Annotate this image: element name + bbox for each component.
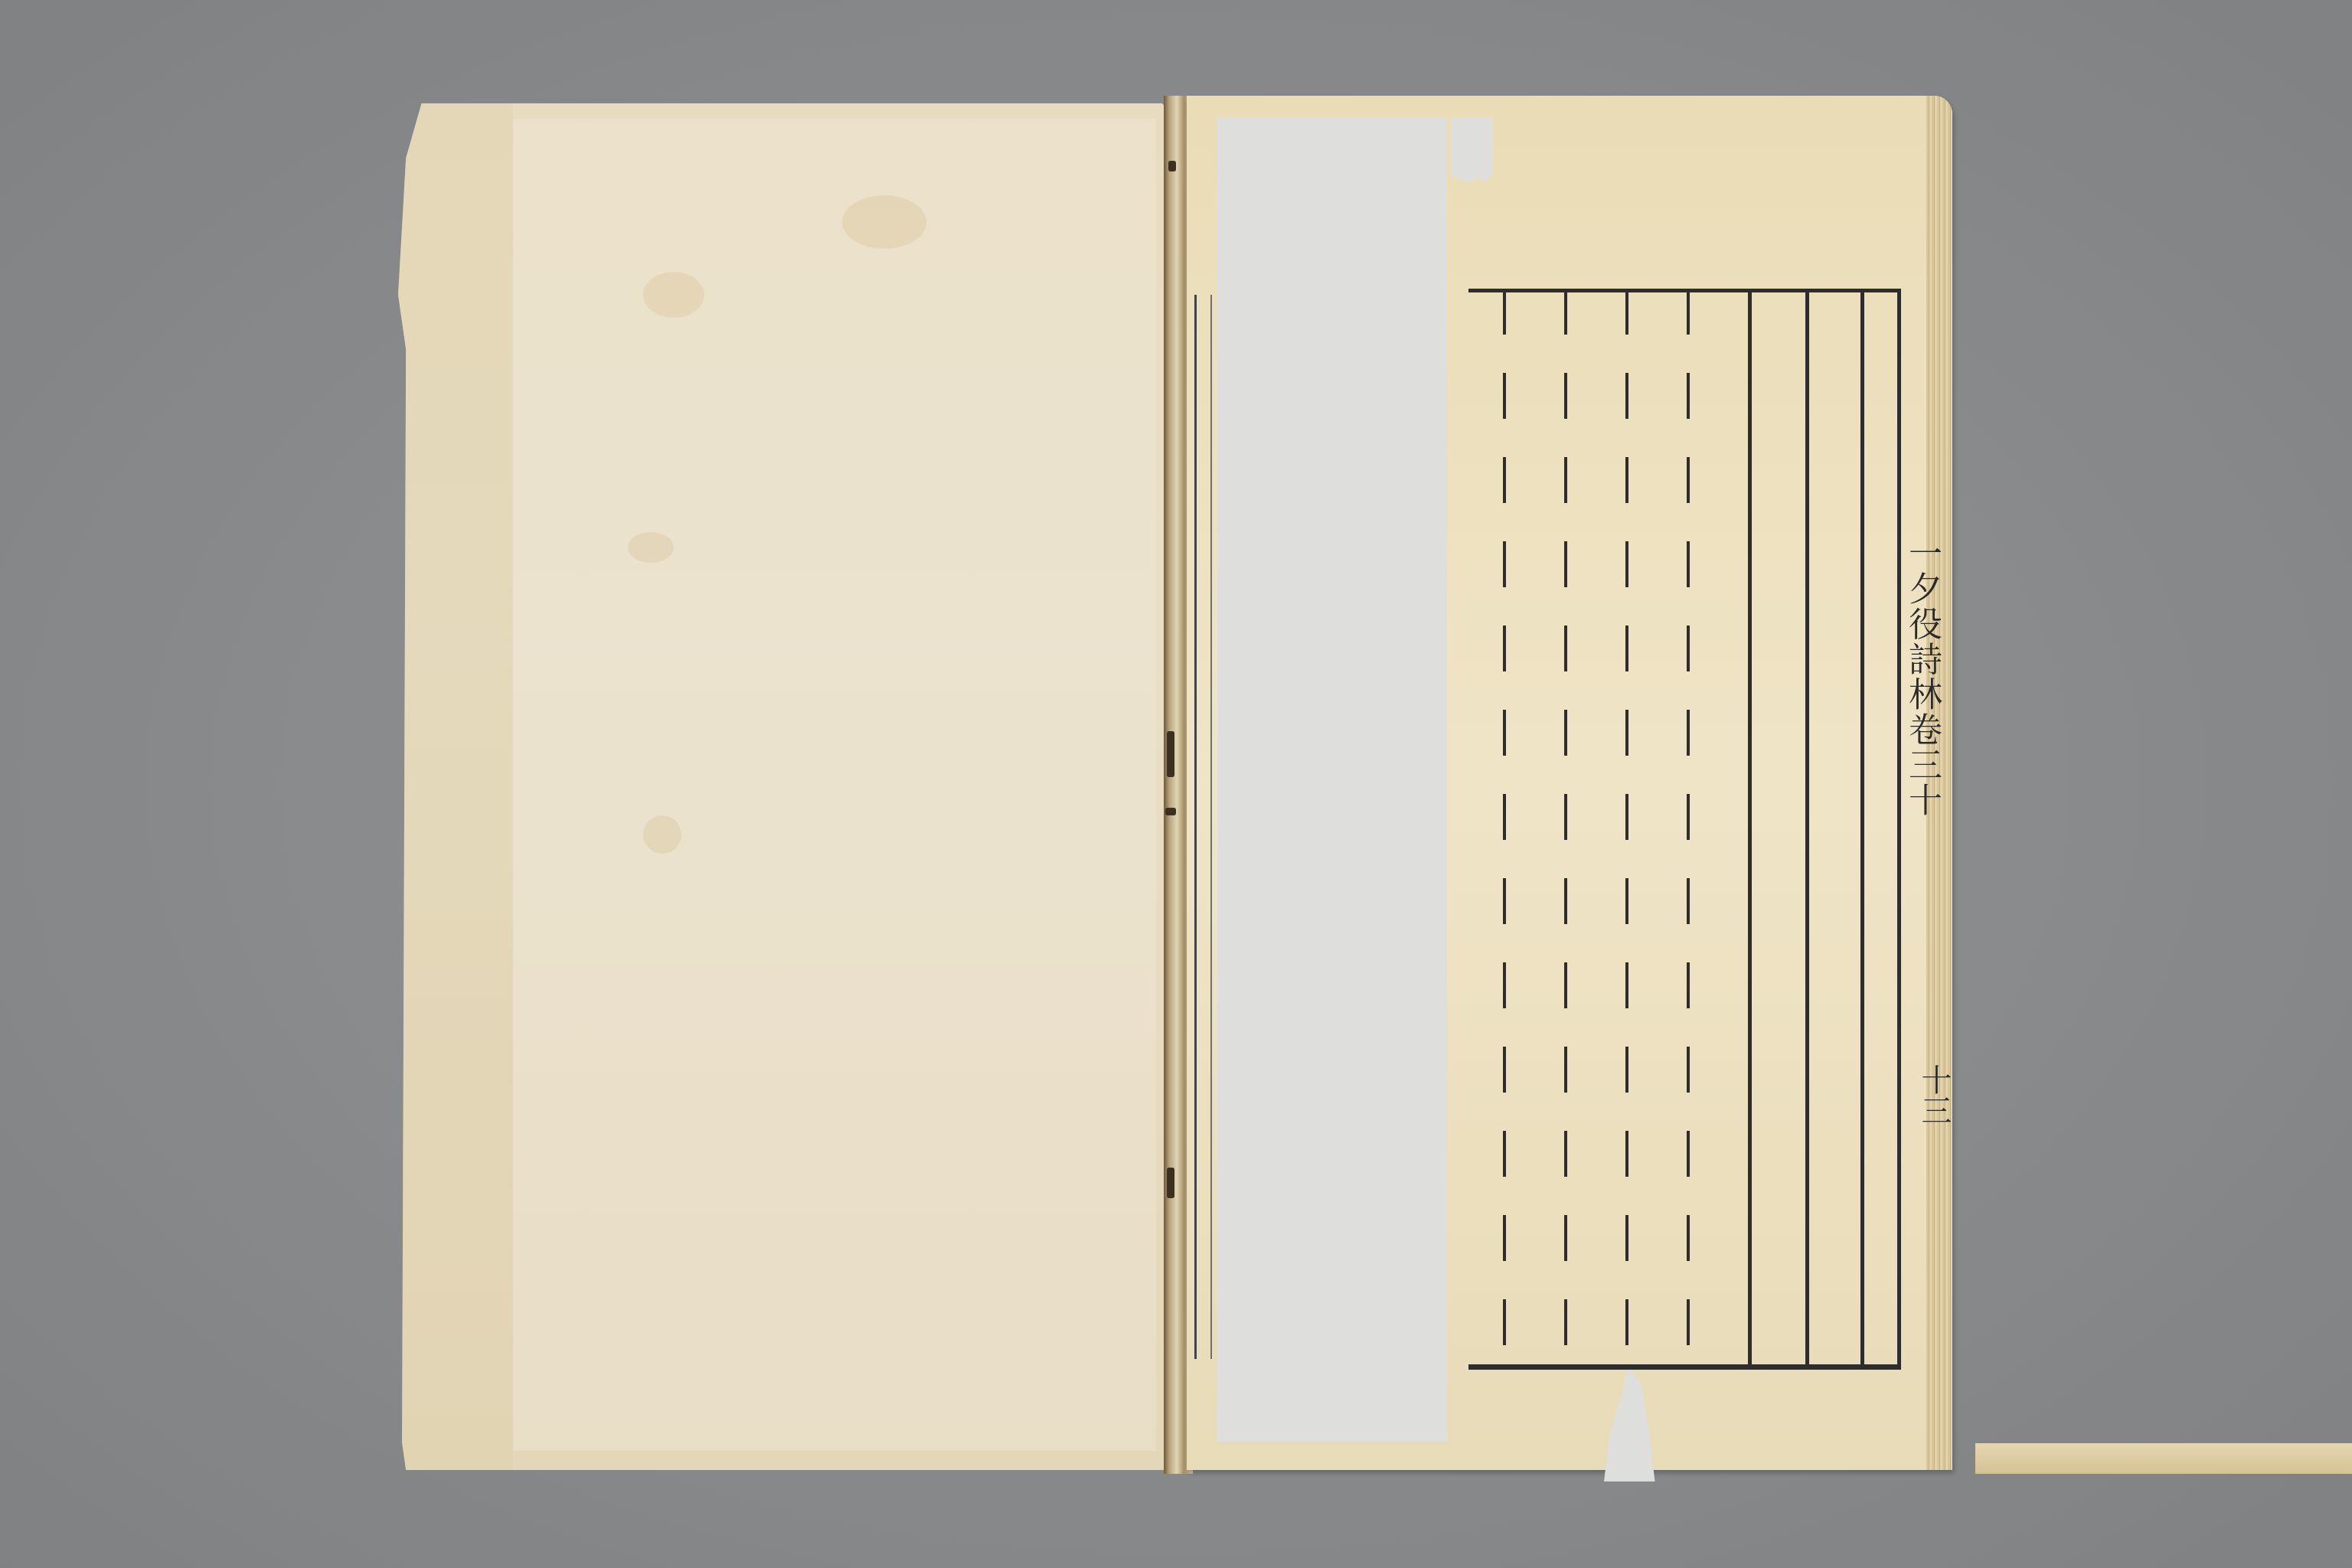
repair-paper-insert (1217, 117, 1447, 1442)
grid-column-line (1687, 289, 1690, 1364)
grid-column-line (1748, 289, 1752, 1364)
paper-tear (1604, 1367, 1658, 1481)
binding-hole (1167, 1168, 1174, 1198)
left-page-sheet (513, 119, 1156, 1451)
left-page-margin (398, 103, 513, 1470)
open-book (398, 96, 1960, 1474)
foxing-stain (842, 195, 926, 249)
margin-title-text: 一夕役詩林卷三十 (1899, 536, 1945, 818)
binding-hole (1165, 808, 1176, 815)
inner-fold-lines (1194, 295, 1212, 1359)
grid-column-line (1805, 289, 1809, 1364)
foxing-stain (643, 272, 704, 318)
grid-column-line (1625, 289, 1628, 1364)
binding-hole (1168, 161, 1176, 171)
grid-column-line (1564, 289, 1567, 1364)
grid-right-border (1897, 289, 1901, 1364)
binding-hole (1167, 731, 1174, 777)
grid-column-line (1503, 289, 1506, 1364)
foxing-stain (628, 532, 674, 563)
grid-bottom-border (1468, 1364, 1901, 1370)
page-bottom-edge (1975, 1443, 2352, 1474)
grid-column-line (1860, 289, 1864, 1364)
repair-paper-patch (1451, 117, 1493, 201)
foxing-stain (643, 815, 681, 854)
ruled-column-grid (1468, 289, 1901, 1370)
grid-top-border (1468, 289, 1901, 292)
left-page (398, 103, 1178, 1470)
right-page (1187, 96, 1952, 1470)
page-number: 十三 (1910, 1064, 1956, 1125)
